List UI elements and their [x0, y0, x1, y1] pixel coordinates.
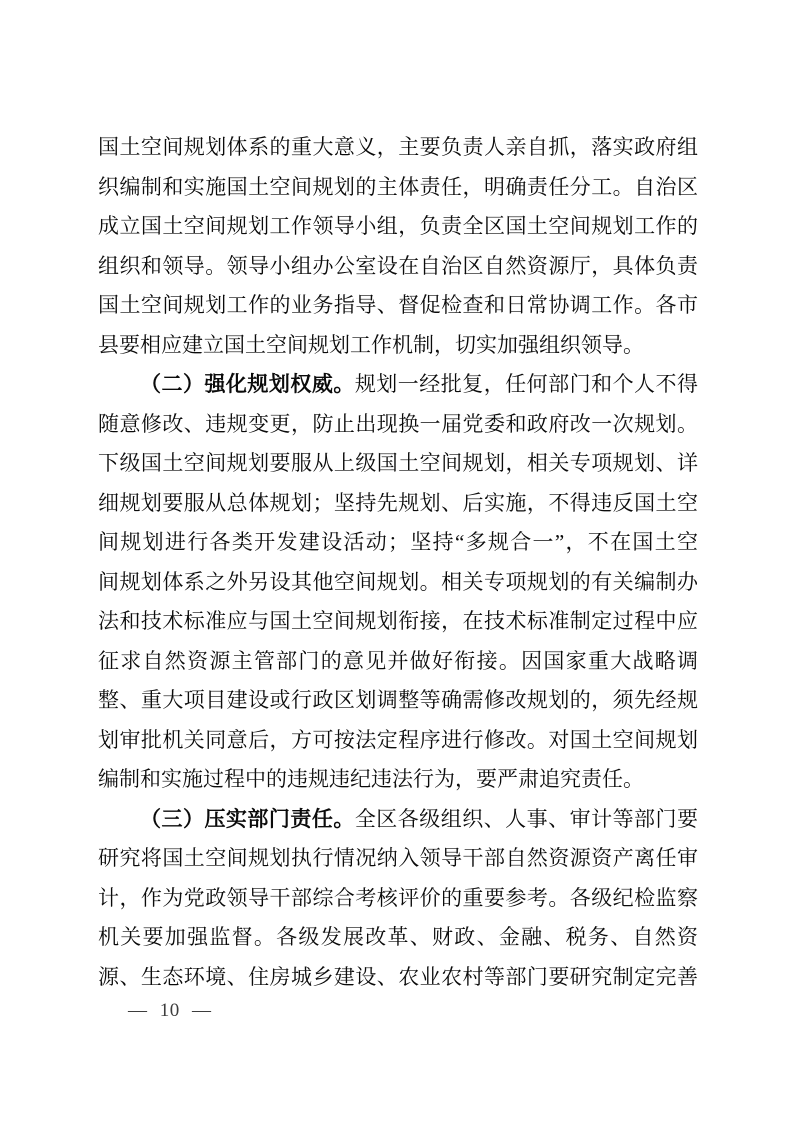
body-text-segment: 间规划进行各类开发建设活动；坚持“多规合一”，不在国土空	[98, 530, 698, 554]
page-number: — 10 —	[128, 1001, 212, 1020]
body-text-segment: 细规划要服从总体规划；坚持先规划、后实施，不得违反国土空	[98, 491, 698, 515]
text-line: 机关要加强监督。各级发展改革、财政、金融、税务、自然资	[98, 918, 698, 958]
body-text-segment: 计，作为党政领导干部综合考核评价的重要参考。各级纪检监察	[98, 886, 698, 910]
text-line: 整、重大项目建设或行政区划调整等确需修改规划的，须先经规	[98, 681, 698, 721]
body-text-segment: 源、生态环境、住房城乡建设、农业农村等部门要研究制定完善	[98, 965, 698, 989]
text-line: （三）压实部门责任。全区各级组织、人事、审计等部门要	[98, 800, 698, 840]
body-text-segment: 机关要加强监督。各级发展改革、财政、金融、税务、自然资	[98, 925, 698, 949]
body-text-segment: 织编制和实施国土空间规划的主体责任，明确责任分工。自治区	[98, 175, 698, 199]
body-text-segment: 划审批机关同意后，方可按法定程序进行修改。对国土空间规划	[98, 728, 698, 752]
text-line: 间规划进行各类开发建设活动；坚持“多规合一”，不在国土空	[98, 523, 698, 563]
text-line: 研究将国土空间规划执行情况纳入领导干部自然资源资产离任审	[98, 839, 698, 879]
document-page: 国土空间规划体系的重大意义，主要负责人亲自抓，落实政府组织编制和实施国土空间规划…	[0, 0, 793, 1122]
body-text-segment: 征求自然资源主管部门的意见并做好衔接。因国家重大战略调	[98, 649, 698, 673]
section-heading-text: （三）压实部门责任。	[140, 807, 355, 831]
text-line: 征求自然资源主管部门的意见并做好衔接。因国家重大战略调	[98, 642, 698, 682]
text-line: 随意修改、违规变更，防止出现换一届党委和政府改一次规划。	[98, 405, 698, 445]
section-heading-text: （二）强化规划权威。	[140, 372, 355, 396]
text-line: 划审批机关同意后，方可按法定程序进行修改。对国土空间规划	[98, 721, 698, 761]
text-line: （二）强化规划权威。规划一经批复，任何部门和个人不得	[98, 365, 698, 405]
text-line: 计，作为党政领导干部综合考核评价的重要参考。各级纪检监察	[98, 879, 698, 919]
text-line: 组织和领导。领导小组办公室设在自治区自然资源厅，具体负责	[98, 247, 698, 287]
text-line: 织编制和实施国土空间规划的主体责任，明确责任分工。自治区	[98, 168, 698, 208]
body-text-segment: 法和技术标准应与国土空间规划衔接，在技术标准制定过程中应	[98, 609, 698, 633]
text-line: 国土空间规划工作的业务指导、督促检查和日常协调工作。各市	[98, 286, 698, 326]
body-text-segment: 研究将国土空间规划执行情况纳入领导干部自然资源资产离任审	[98, 846, 698, 870]
body-text-segment: 整、重大项目建设或行政区划调整等确需修改规划的，须先经规	[98, 688, 698, 712]
text-line: 成立国土空间规划工作领导小组，负责全区国土空间规划工作的	[98, 207, 698, 247]
text-line: 间规划体系之外另设其他空间规划。相关专项规划的有关编制办	[98, 563, 698, 603]
text-line: 源、生态环境、住房城乡建设、农业农村等部门要研究制定完善	[98, 958, 698, 998]
text-line: 国土空间规划体系的重大意义，主要负责人亲自抓，落实政府组	[98, 128, 698, 168]
text-line: 细规划要服从总体规划；坚持先规划、后实施，不得违反国土空	[98, 484, 698, 524]
body-text-segment: 规划一经批复，任何部门和个人不得	[355, 372, 698, 396]
body-text-segment: 全区各级组织、人事、审计等部门要	[355, 807, 698, 831]
body-text: 国土空间规划体系的重大意义，主要负责人亲自抓，落实政府组织编制和实施国土空间规划…	[98, 128, 698, 997]
body-text-segment: 成立国土空间规划工作领导小组，负责全区国土空间规划工作的	[98, 214, 698, 238]
body-text-segment: 县要相应建立国土空间规划工作机制，切实加强组织领导。	[98, 333, 644, 357]
body-text-segment: 编制和实施过程中的违规违纪违法行为，要严肃追究责任。	[98, 767, 644, 791]
body-text-segment: 国土空间规划工作的业务指导、督促检查和日常协调工作。各市	[98, 293, 698, 317]
text-line: 编制和实施过程中的违规违纪违法行为，要严肃追究责任。	[98, 760, 698, 800]
body-text-segment: 随意修改、违规变更，防止出现换一届党委和政府改一次规划。	[98, 412, 698, 436]
body-text-segment: 组织和领导。领导小组办公室设在自治区自然资源厅，具体负责	[98, 254, 698, 278]
text-line: 县要相应建立国土空间规划工作机制，切实加强组织领导。	[98, 326, 698, 366]
body-text-segment: 间规划体系之外另设其他空间规划。相关专项规划的有关编制办	[98, 570, 698, 594]
body-text-segment: 下级国土空间规划要服从上级国土空间规划，相关专项规划、详	[98, 451, 698, 475]
text-line: 下级国土空间规划要服从上级国土空间规划，相关专项规划、详	[98, 444, 698, 484]
text-line: 法和技术标准应与国土空间规划衔接，在技术标准制定过程中应	[98, 602, 698, 642]
body-text-segment: 国土空间规划体系的重大意义，主要负责人亲自抓，落实政府组	[98, 135, 698, 159]
